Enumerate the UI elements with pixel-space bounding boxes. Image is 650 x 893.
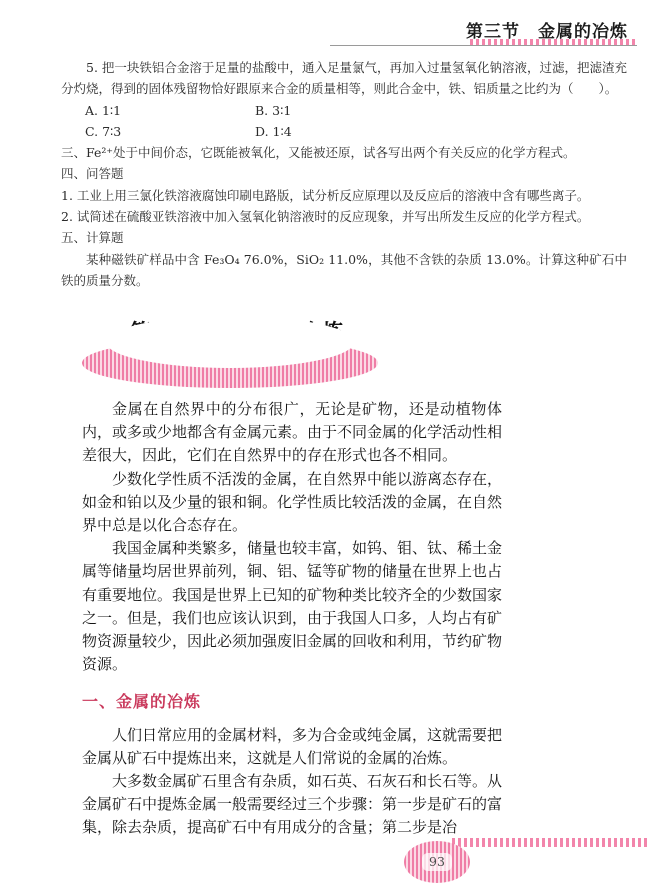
paragraph-2: 少数化学性质不活泼的金属，在自然界中能以游离态存在，如金和铂以及少量的银和铜。化…: [82, 468, 502, 538]
exercises-section: 5. 把一块铁铝合金溶于足量的盐酸中，通入足量氯气，再加入过量氢氧化钠溶液，过滤…: [61, 57, 627, 291]
header-rule: [330, 45, 637, 46]
question-4-item-2: 2. 试简述在硫酸亚铁溶液中加入氢氧化钠溶液时的反应现象，并写出所发生反应的化学…: [61, 206, 627, 227]
options-row-1: A. 1∶1 B. 3∶1: [85, 100, 627, 121]
question-5-heading: 五、计算题: [61, 227, 627, 248]
page-number: 93: [422, 853, 452, 871]
paragraph-4: 人们日常应用的金属材料，多为合金或纯金属，这就需要把金属从矿石中提炼出来，这就是…: [82, 724, 502, 770]
paragraph-5: 大多数金属矿石里含有杂质，如石英、石灰石和长石等。从金属矿石中提炼金属一般需要经…: [82, 770, 502, 840]
question-4-heading: 四、问答题: [61, 163, 627, 184]
calculation-question-text: 某种磁铁矿样品中含 Fe₃O₄ 76.0%，SiO₂ 11.0%，其他不含铁的杂…: [61, 249, 627, 292]
option-d: D. 1∶4: [255, 121, 292, 142]
question-3-text: 三、Fe²⁺处于中间价态，它既能被氧化，又能被还原，试各写出两个有关反应的化学方…: [61, 142, 627, 163]
body-text-section: 金属在自然界中的分布很广，无论是矿物，还是动植物体内，或多或少地都含有金属元素。…: [82, 398, 502, 840]
footer-stripe-bar: [452, 838, 650, 847]
paragraph-3: 我国金属种类繁多，储量也较丰富，如钨、钼、钛、稀土金属等储量均居世界前列，铜、铝…: [82, 537, 502, 676]
header-stripe-decoration: [470, 39, 637, 45]
paragraph-1: 金属在自然界中的分布很广，无论是矿物，还是动植物体内，或多或少地都含有金属元素。…: [82, 398, 502, 468]
question-5-text: 5. 把一块铁铝合金溶于足量的盐酸中，通入足量氯气，再加入过量氢氧化钠溶液，过滤…: [61, 57, 627, 100]
question-4-item-1: 1. 工业上用三氯化铁溶液腐蚀印刷电路版，试分析反应原理以及反应后的溶液中含有哪…: [61, 185, 627, 206]
subsection-heading: 一、金属的冶炼: [82, 690, 502, 713]
textbook-page: 第三节 金属的冶炼 5. 把一块铁铝合金溶于足量的盐酸中，通入足量氯气，再加入过…: [0, 0, 650, 893]
option-c: C. 7∶3: [85, 121, 255, 142]
crescent-white-cutout: [106, 316, 354, 368]
option-b: B. 3∶1: [255, 100, 291, 121]
page-number-ellipse: 93: [404, 841, 470, 883]
options-row-2: C. 7∶3 D. 1∶4: [85, 121, 627, 142]
section-banner-crescent: [82, 338, 378, 388]
option-a: A. 1∶1: [85, 100, 255, 121]
